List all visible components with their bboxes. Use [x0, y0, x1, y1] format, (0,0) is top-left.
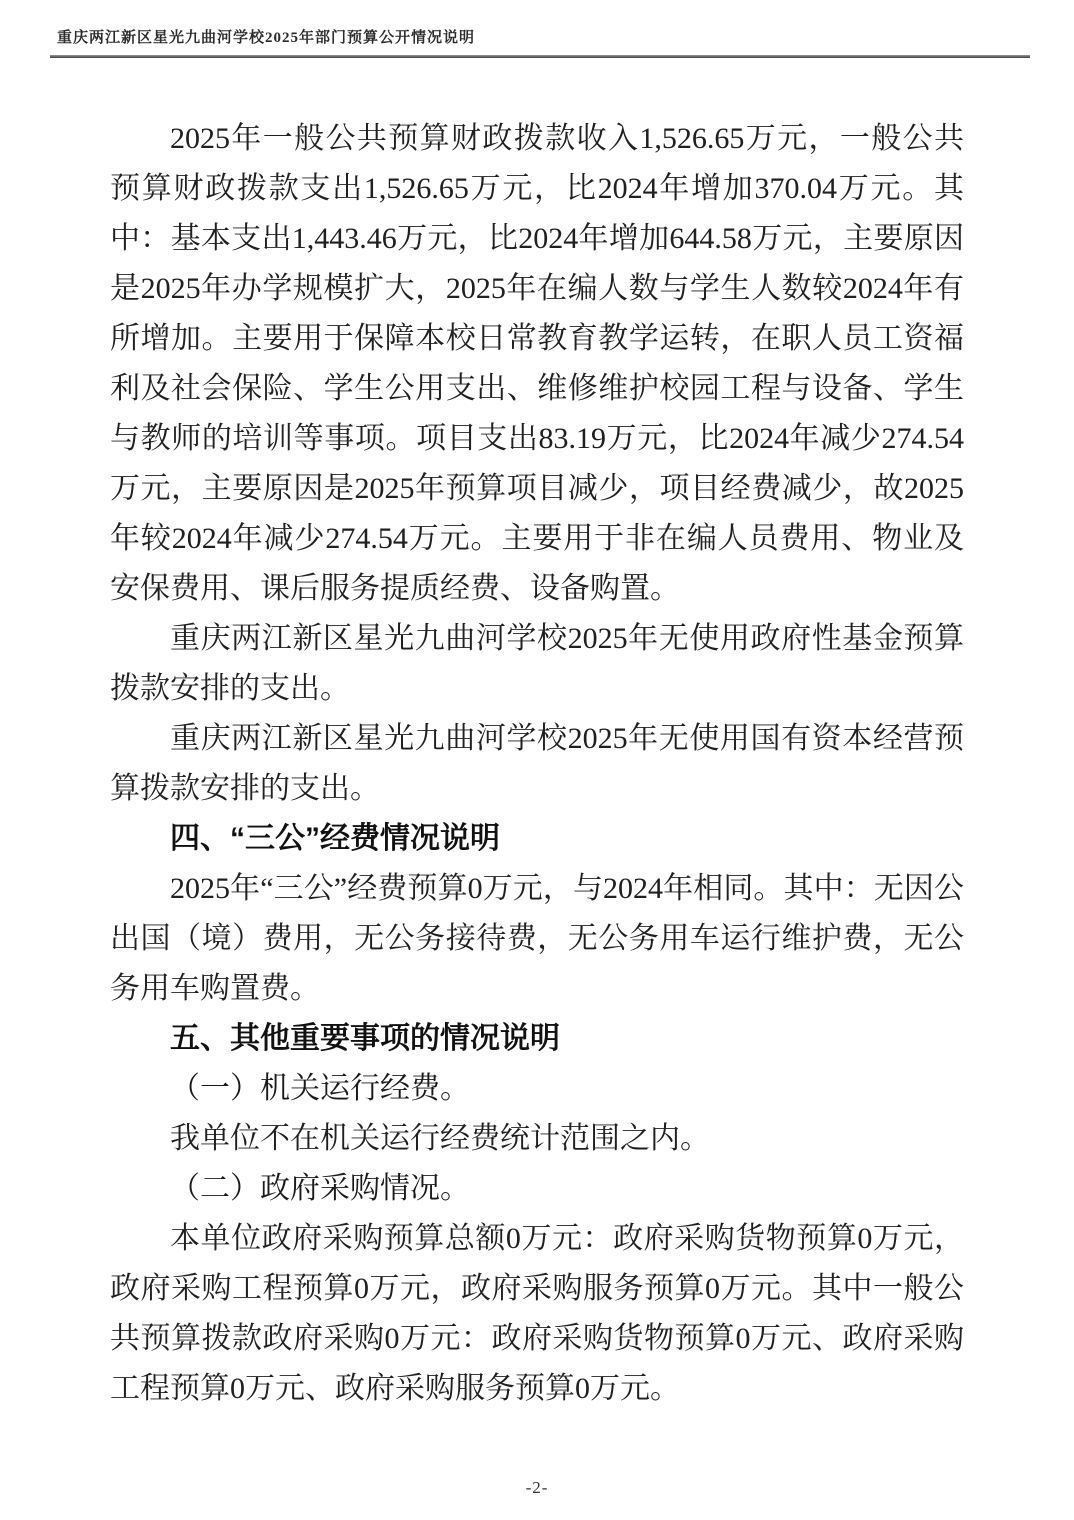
- document-body: 2025年一般公共预算财政拨款收入1,526.65万元，一般公共预算财政拨款支出…: [110, 114, 964, 1414]
- page-header: 重庆两江新区星光九曲河学校2025年部门预算公开情况说明: [50, 28, 1030, 58]
- paragraph-government-procurement: 本单位政府采购预算总额0万元：政府采购货物预算0万元，政府采购工程预算0万元，政…: [110, 1214, 964, 1414]
- page-footer: -2-: [0, 1478, 1074, 1498]
- subheading-government-procurement: （二）政府采购情况。: [110, 1164, 964, 1214]
- paragraph-three-public-expenses: 2025年“三公”经费预算0万元，与2024年相同。其中：无因公出国（境）费用，…: [110, 864, 964, 1014]
- paragraph-state-capital-budget: 重庆两江新区星光九曲河学校2025年无使用国有资本经营预算拨款安排的支出。: [110, 714, 964, 814]
- page-number: -2-: [526, 1478, 549, 1497]
- subheading-agency-operating-funds: （一）机关运行经费。: [110, 1064, 964, 1114]
- heading-other-important-matters: 五、其他重要事项的情况说明: [110, 1014, 964, 1064]
- header-title: 重庆两江新区星光九曲河学校2025年部门预算公开情况说明: [50, 28, 1030, 48]
- paragraph-fiscal-allocation: 2025年一般公共预算财政拨款收入1,526.65万元，一般公共预算财政拨款支出…: [110, 114, 964, 614]
- header-rule: [50, 55, 1030, 58]
- paragraph-government-fund-budget: 重庆两江新区星光九曲河学校2025年无使用政府性基金预算拨款安排的支出。: [110, 614, 964, 714]
- document-page: 重庆两江新区星光九曲河学校2025年部门预算公开情况说明 2025年一般公共预算…: [0, 0, 1074, 1520]
- heading-three-public-expenses: 四、“三公”经费情况说明: [110, 814, 964, 864]
- paragraph-agency-operating-funds: 我单位不在机关运行经费统计范围之内。: [110, 1114, 964, 1164]
